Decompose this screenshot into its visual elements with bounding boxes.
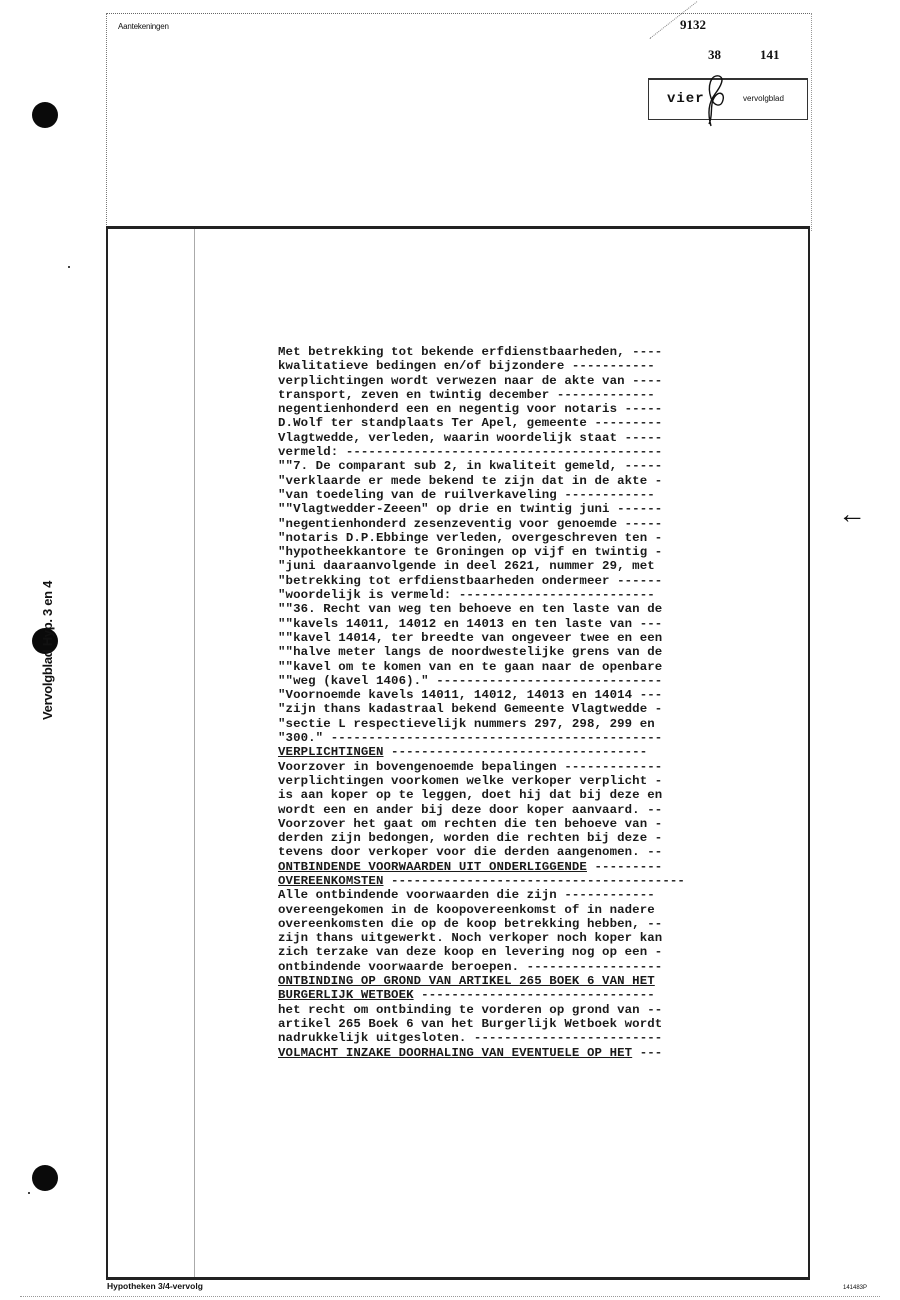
- text-line: is aan koper op te leggen, doet hij dat …: [278, 788, 808, 802]
- text-line: "Voornoemde kavels 14011, 14012, 14013 e…: [278, 688, 808, 702]
- line-text: ontbindende voorwaarde beroepen. -------…: [278, 960, 662, 974]
- text-line: negentienhonderd een en negentig voor no…: [278, 402, 808, 416]
- text-line: wordt een en ander bij deze door koper a…: [278, 803, 808, 817]
- margin-rule: [194, 229, 195, 1277]
- line-text: vermeld: -------------------------------…: [278, 445, 662, 459]
- text-line: ""kavel om te komen van en te gaan naar …: [278, 660, 808, 674]
- page-number: 141: [760, 47, 780, 63]
- text-line: ""kavels 14011, 14012 en 14013 en ten la…: [278, 617, 808, 631]
- text-line: ""weg (kavel 1406)." -------------------…: [278, 674, 808, 688]
- line-text: "woordelijk is vermeld: ----------------…: [278, 588, 655, 602]
- line-text: -------------------------------: [414, 988, 655, 1002]
- line-text: Alle ontbindende voorwaarden die zijn --…: [278, 888, 655, 902]
- line-text: ""weg (kavel 1406)." -------------------…: [278, 674, 662, 688]
- line-text: ---------: [587, 860, 662, 874]
- line-text: "juni daaraanvolgende in deel 2621, numm…: [278, 559, 655, 573]
- line-text: ----------------------------------: [384, 745, 648, 759]
- line-text: ""halve meter langs de noordwestelijke g…: [278, 645, 662, 659]
- line-text: "sectie L respectievelijk nummers 297, 2…: [278, 717, 655, 731]
- text-line: ONTBINDENDE VOORWAARDEN UIT ONDERLIGGEND…: [278, 860, 808, 874]
- text-line: het recht om ontbinding te vorderen op g…: [278, 1003, 808, 1017]
- text-line: ""36. Recht van weg ten behoeve en ten l…: [278, 602, 808, 616]
- heading-underlined: VOLMACHT INZAKE DOORHALING VAN EVENTUELE…: [278, 1046, 632, 1060]
- line-text: "van toedeling van de ruilverkaveling --…: [278, 488, 655, 502]
- line-text: "notaris D.P.Ebbinge verleden, overgesch…: [278, 531, 662, 545]
- text-line: ontbindende voorwaarde beroepen. -------…: [278, 960, 808, 974]
- text-line: BURGERLIJK WETBOEK ---------------------…: [278, 988, 808, 1002]
- line-text: transport, zeven en twintig december ---…: [278, 388, 655, 402]
- text-line: VOLMACHT INZAKE DOORHALING VAN EVENTUELE…: [278, 1046, 808, 1060]
- text-line: "betrekking tot erfdienstbaarheden onder…: [278, 574, 808, 588]
- form-label: Hypotheken 3/4-vervolg: [107, 1281, 203, 1291]
- text-line: "juni daaraanvolgende in deel 2621, numm…: [278, 559, 808, 573]
- text-line: "zijn thans kadastraal bekend Gemeente V…: [278, 702, 808, 716]
- line-text: overeenkomsten die op de koop betrekking…: [278, 917, 662, 931]
- line-text: "negentienhonderd zesenzeventig voor gen…: [278, 517, 662, 531]
- text-line: D.Wolf ter standplaats Ter Apel, gemeent…: [278, 416, 808, 430]
- line-text: is aan koper op te leggen, doet hij dat …: [278, 788, 662, 802]
- text-line: "van toedeling van de ruilverkaveling --…: [278, 488, 808, 502]
- text-line: Vlagtwedde, verleden, waarin woordelijk …: [278, 431, 808, 445]
- signature-icon: [701, 72, 731, 128]
- line-text: Met betrekking tot bekende erfdienstbaar…: [278, 345, 662, 359]
- line-text: "300." ---------------------------------…: [278, 731, 662, 745]
- section-label: Aantekeningen: [118, 22, 169, 31]
- line-text: "betrekking tot erfdienstbaarheden onder…: [278, 574, 662, 588]
- text-line: nadrukkelijk uitgesloten. --------------…: [278, 1031, 808, 1045]
- text-line: verplichtingen voorkomen welke verkoper …: [278, 774, 808, 788]
- bottom-edge: [20, 1296, 880, 1298]
- stamp-word: vier: [667, 91, 705, 107]
- line-text: tevens door verkoper voor die derden aan…: [278, 845, 662, 859]
- text-line: VERPLICHTINGEN -------------------------…: [278, 745, 808, 759]
- line-text: verplichtingen voorkomen welke verkoper …: [278, 774, 662, 788]
- line-text: "hypotheekkantore te Groningen op vijf e…: [278, 545, 662, 559]
- text-line: artikel 265 Boek 6 van het Burgerlijk We…: [278, 1017, 808, 1031]
- line-text: ""36. Recht van weg ten behoeve en ten l…: [278, 602, 662, 616]
- text-line: ""halve meter langs de noordwestelijke g…: [278, 645, 808, 659]
- line-text: zich terzake van deze koop en levering n…: [278, 945, 662, 959]
- line-text: ""kavel 14014, ter breedte van ongeveer …: [278, 631, 662, 645]
- line-text: negentienhonderd een en negentig voor no…: [278, 402, 662, 416]
- line-text: Voorzover het gaat om rechten die ten be…: [278, 817, 662, 831]
- text-line: zich terzake van deze koop en levering n…: [278, 945, 808, 959]
- line-text: ---: [632, 1046, 662, 1060]
- register-number: 9132: [680, 17, 706, 33]
- text-line: "300." ---------------------------------…: [278, 731, 808, 745]
- line-text: Vlagtwedde, verleden, waarin woordelijk …: [278, 431, 662, 445]
- line-text: wordt een en ander bij deze door koper a…: [278, 803, 662, 817]
- side-label: Vervolgblad Hyp. 3 en 4: [40, 581, 55, 720]
- text-line: "negentienhonderd zesenzeventig voor gen…: [278, 517, 808, 531]
- heading-underlined: ONTBINDENDE VOORWAARDEN UIT ONDERLIGGEND…: [278, 860, 587, 874]
- text-line: Alle ontbindende voorwaarden die zijn --…: [278, 888, 808, 902]
- line-text: ---------------------------------------: [384, 874, 685, 888]
- line-text: overeengekomen in de koopovereenkomst of…: [278, 903, 655, 917]
- heading-underlined: OVEREENKOMSTEN: [278, 874, 384, 888]
- line-text: ""kavel om te komen van en te gaan naar …: [278, 660, 662, 674]
- line-text: artikel 265 Boek 6 van het Burgerlijk We…: [278, 1017, 662, 1031]
- line-text: ""Vlagtwedder-Zeeen" op drie en twintig …: [278, 502, 662, 516]
- continuation-stamp: vier vervolgblad: [648, 78, 808, 120]
- speck: [68, 266, 70, 268]
- left-arrow-icon: ←: [838, 500, 866, 528]
- text-line: "verklaarde er mede bekend te zijn dat i…: [278, 474, 808, 488]
- speck: [28, 1192, 30, 1194]
- heading-underlined: VERPLICHTINGEN: [278, 745, 384, 759]
- heading-underlined: BURGERLIJK WETBOEK: [278, 988, 414, 1002]
- text-line: ONTBINDING OP GROND VAN ARTIKEL 265 BOEK…: [278, 974, 808, 988]
- text-line: Voorzover in bovengenoemde bepalingen --…: [278, 760, 808, 774]
- line-text: "Voornoemde kavels 14011, 14012, 14013 e…: [278, 688, 662, 702]
- text-line: "woordelijk is vermeld: ----------------…: [278, 588, 808, 602]
- text-line: overeengekomen in de koopovereenkomst of…: [278, 903, 808, 917]
- text-line: kwalitatieve bedingen en/of bijzondere -…: [278, 359, 808, 373]
- line-text: nadrukkelijk uitgesloten. --------------…: [278, 1031, 662, 1045]
- text-line: "hypotheekkantore te Groningen op vijf e…: [278, 545, 808, 559]
- line-text: "zijn thans kadastraal bekend Gemeente V…: [278, 702, 662, 716]
- text-line: OVEREENKOMSTEN -------------------------…: [278, 874, 808, 888]
- punch-hole-top: [32, 102, 58, 128]
- text-line: "sectie L respectievelijk nummers 297, 2…: [278, 717, 808, 731]
- text-line: ""Vlagtwedder-Zeeen" op drie en twintig …: [278, 502, 808, 516]
- stamp-label: vervolgblad: [743, 94, 784, 103]
- line-text: ""kavels 14011, 14012 en 14013 en ten la…: [278, 617, 662, 631]
- text-line: overeenkomsten die op de koop betrekking…: [278, 917, 808, 931]
- text-line: "notaris D.P.Ebbinge verleden, overgesch…: [278, 531, 808, 545]
- line-text: D.Wolf ter standplaats Ter Apel, gemeent…: [278, 416, 662, 430]
- text-line: Voorzover het gaat om rechten die ten be…: [278, 817, 808, 831]
- punch-hole-bottom: [32, 1165, 58, 1191]
- text-line: derden zijn bedongen, worden die rechten…: [278, 831, 808, 845]
- text-line: ""7. De comparant sub 2, in kwaliteit ge…: [278, 459, 808, 473]
- text-line: transport, zeven en twintig december ---…: [278, 388, 808, 402]
- text-line: ""kavel 14014, ter breedte van ongeveer …: [278, 631, 808, 645]
- deed-text: Met betrekking tot bekende erfdienstbaar…: [278, 345, 808, 1060]
- line-text: verplichtingen wordt verwezen naar de ak…: [278, 374, 662, 388]
- text-line: vermeld: -------------------------------…: [278, 445, 808, 459]
- line-text: Voorzover in bovengenoemde bepalingen --…: [278, 760, 662, 774]
- form-code: 141483P: [843, 1285, 867, 1291]
- line-text: kwalitatieve bedingen en/of bijzondere -…: [278, 359, 655, 373]
- text-line: tevens door verkoper voor die derden aan…: [278, 845, 808, 859]
- text-line: zijn thans uitgewerkt. Noch verkoper noc…: [278, 931, 808, 945]
- text-line: verplichtingen wordt verwezen naar de ak…: [278, 374, 808, 388]
- heading-underlined: ONTBINDING OP GROND VAN ARTIKEL 265 BOEK…: [278, 974, 655, 988]
- text-line: Met betrekking tot bekende erfdienstbaar…: [278, 345, 808, 359]
- line-text: het recht om ontbinding te vorderen op g…: [278, 1003, 662, 1017]
- line-text: zijn thans uitgewerkt. Noch verkoper noc…: [278, 931, 662, 945]
- part-number: 38: [708, 47, 721, 63]
- line-text: ""7. De comparant sub 2, in kwaliteit ge…: [278, 459, 662, 473]
- line-text: derden zijn bedongen, worden die rechten…: [278, 831, 662, 845]
- line-text: "verklaarde er mede bekend te zijn dat i…: [278, 474, 662, 488]
